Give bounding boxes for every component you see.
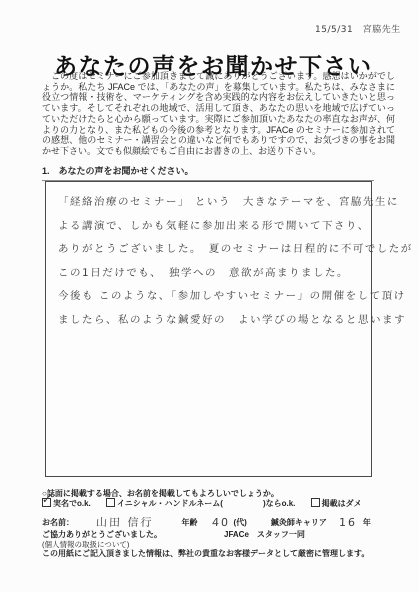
handwritten-line: よる講演で、しかも気軽に参加出来る形で開いて下さり、 [58, 215, 360, 239]
age-unit-label: (代) [234, 518, 247, 527]
career-unit-label: 年 [363, 518, 371, 527]
intro-paragraph: この度はセミナーにご参加頂きまして誠にありがとうございます。感想はいかがでしょう… [42, 71, 395, 157]
checkbox-no-publish-icon [311, 498, 320, 507]
thanks-text: ご協力ありがとうございました。 [42, 530, 162, 539]
response-box: 「経絡治療のセミナー」 という 大きなテーマを、宮脇先生に よる講演で、しかも気… [45, 181, 372, 477]
checkbox-initial-handle-icon [106, 498, 115, 507]
age-field-value: 40 [211, 516, 229, 529]
option-initial-handle-label: イニシャル・ハンドルネーム( )ならo.k. [117, 499, 295, 508]
handwritten-line: この1日だけでも、 独学への 意欲が高まりました。 [58, 262, 360, 286]
question-1-label: 1. あなたの声をお聞かせください。 [42, 164, 374, 181]
handwritten-line: 「経絡治療のセミナー」 という 大きなテーマを、宮脇先生に [58, 191, 360, 215]
career-field-value: 16 [339, 516, 357, 529]
name-field-value: 山田 信行 [96, 514, 154, 530]
handwritten-line: ましたら、私のような鍼愛好の よい学びの場となると思います [58, 309, 360, 333]
name-field-label: お名前： [42, 518, 74, 527]
checkbox-real-name-icon [42, 498, 51, 507]
privacy-statement: この用紙にご記入頂きました情報は、弊社の貴重なお客様データとして厳密に管理します… [42, 548, 407, 559]
option-no-publish-label: 掲載はダメ [322, 499, 362, 508]
handwritten-line: 今後も このような、「参加しやすいセミナー」の開催をして頂け [58, 285, 360, 309]
age-field-label: 年齢 [182, 518, 198, 527]
option-no-publish: 掲載はダメ [311, 498, 362, 509]
career-field-label: 鍼灸師キャリア [271, 518, 327, 527]
scanned-feedback-form: 15/5/31 宮脇先生 あなたの声をお聞かせ下さい この度はセミナーにご参加頂… [0, 0, 419, 592]
date-and-teacher-note: 15/5/31 宮脇先生 [315, 22, 401, 35]
option-real-name: 実名でo.k. [42, 498, 91, 509]
option-initial-handle: イニシャル・ハンドルネーム( )ならo.k. [106, 498, 295, 509]
option-real-name-label: 実名でo.k. [53, 499, 91, 508]
staff-signature: JFACe スタッフ一同 [224, 530, 305, 539]
name-age-career-row: お名前：山田 信行年齢40(代)鍼灸師キャリア16年 [42, 514, 407, 530]
handwritten-line: ありがとうございました。 夏のセミナーは日程的に不可でしたが [58, 238, 360, 262]
publish-options-row: 実名でo.k. イニシャル・ハンドルネーム( )ならo.k. 掲載はダメ [42, 498, 402, 509]
